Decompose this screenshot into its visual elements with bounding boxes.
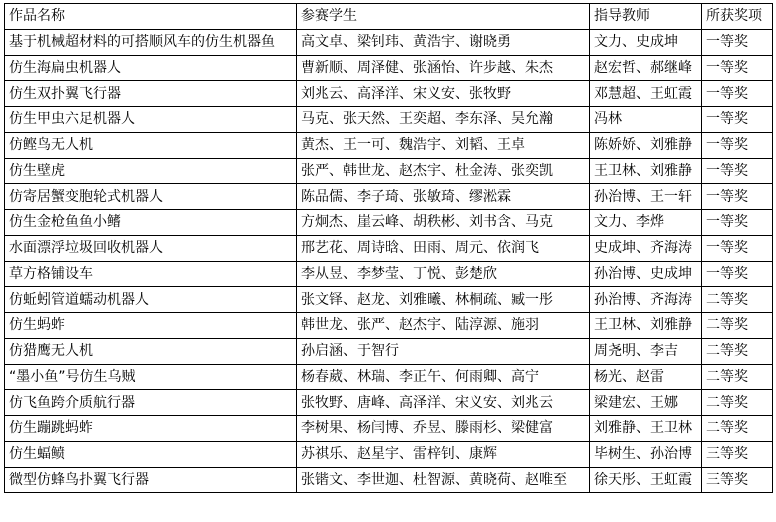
- cell-award: 一等奖: [702, 235, 773, 261]
- cell-work-name: 仿飞鱼跨介质航行器: [5, 390, 297, 416]
- table-row: 仿鲣鸟无人机黄杰、王一可、魏浩宇、刘韬、王卓陈娇娇、刘雅静一等奖: [5, 132, 773, 158]
- cell-students: 张文铎、赵龙、刘雅曦、林桐疏、臧一彤: [297, 287, 590, 313]
- cell-students: 张锴文、李世迦、杜智源、黄晓荷、赵唯至: [297, 467, 590, 493]
- cell-teacher: 孙治博、王一轩: [590, 184, 702, 210]
- cell-teacher: 王卫林、刘雅静: [590, 158, 702, 184]
- table-row: 仿寄居蟹变胞轮式机器人陈品儒、李子琦、张敏琦、缪淞霖孙治博、王一轩一等奖: [5, 184, 773, 210]
- cell-award: 一等奖: [702, 81, 773, 107]
- header-work-name: 作品名称: [5, 4, 297, 30]
- cell-work-name: 仿生蝠鲼: [5, 441, 297, 467]
- cell-students: 邢艺花、周诗晗、田雨、周元、依润飞: [297, 235, 590, 261]
- cell-teacher: 毕树生、孙治博: [590, 441, 702, 467]
- table-row: 仿生蚂蚱韩世龙、张严、赵杰宇、陆淳源、施羽王卫林、刘雅静二等奖: [5, 313, 773, 339]
- cell-teacher: 王卫林、刘雅静: [590, 313, 702, 339]
- cell-work-name: 仿生金枪鱼鱼小鳍: [5, 210, 297, 236]
- table-row: 水面漂浮垃圾回收机器人邢艺花、周诗晗、田雨、周元、依润飞史成坤、齐海涛一等奖: [5, 235, 773, 261]
- cell-teacher: 赵宏哲、郝继峰: [590, 55, 702, 81]
- cell-award: 二等奖: [702, 390, 773, 416]
- cell-students: 陈品儒、李子琦、张敏琦、缪淞霖: [297, 184, 590, 210]
- cell-award: 一等奖: [702, 210, 773, 236]
- cell-award: 一等奖: [702, 184, 773, 210]
- cell-award: 三等奖: [702, 467, 773, 493]
- cell-work-name: 水面漂浮垃圾回收机器人: [5, 235, 297, 261]
- table-row: 草方格铺设车李从昱、李梦莹、丁悦、彭楚欣孙治博、史成坤一等奖: [5, 261, 773, 287]
- cell-award: 二等奖: [702, 338, 773, 364]
- cell-teacher: 杨光、赵雷: [590, 364, 702, 390]
- cell-teacher: 史成坤、齐海涛: [590, 235, 702, 261]
- header-teacher: 指导教师: [590, 4, 702, 30]
- cell-students: 李树果、杨闫博、乔昱、滕雨杉、梁健富: [297, 416, 590, 442]
- table-row: 基于机械超材料的可搭顺风车的仿生机器鱼高文卓、梁钊玮、黄浩宇、谢晓勇文力、史成坤…: [5, 29, 773, 55]
- cell-work-name: 仿猎鹰无人机: [5, 338, 297, 364]
- cell-students: 方炯杰、崖云峰、胡秩彬、刘书含、马克: [297, 210, 590, 236]
- table-row: 仿生甲虫六足机器人马克、张天然、王奕超、李东泽、吴允瀚冯林一等奖: [5, 107, 773, 133]
- cell-students: 苏祺乐、赵星宇、雷梓钊、康辉: [297, 441, 590, 467]
- cell-work-name: 仿寄居蟹变胞轮式机器人: [5, 184, 297, 210]
- cell-work-name: 仿生甲虫六足机器人: [5, 107, 297, 133]
- cell-teacher: 邓慧超、王虹霞: [590, 81, 702, 107]
- table-row: 仿蚯蚓管道蠕动机器人张文铎、赵龙、刘雅曦、林桐疏、臧一彤孙治博、齐海涛二等奖: [5, 287, 773, 313]
- cell-teacher: 文力、李烨: [590, 210, 702, 236]
- cell-award: 一等奖: [702, 55, 773, 81]
- cell-students: 高文卓、梁钊玮、黄浩宇、谢晓勇: [297, 29, 590, 55]
- cell-award: 二等奖: [702, 416, 773, 442]
- cell-teacher: 孙治博、齐海涛: [590, 287, 702, 313]
- table-row: 仿生金枪鱼鱼小鳍方炯杰、崖云峰、胡秩彬、刘书含、马克文力、李烨一等奖: [5, 210, 773, 236]
- cell-award: 一等奖: [702, 132, 773, 158]
- table-row: 仿生蹦跳蚂蚱李树果、杨闫博、乔昱、滕雨杉、梁健富刘雅静、王卫林二等奖: [5, 416, 773, 442]
- cell-award: 二等奖: [702, 364, 773, 390]
- header-award: 所获奖项: [702, 4, 773, 30]
- cell-work-name: 仿鲣鸟无人机: [5, 132, 297, 158]
- cell-teacher: 周尧明、李吉: [590, 338, 702, 364]
- table-row: 仿飞鱼跨介质航行器张牧野、唐峰、高泽洋、宋义安、刘兆云梁建宏、王娜二等奖: [5, 390, 773, 416]
- cell-students: 李从昱、李梦莹、丁悦、彭楚欣: [297, 261, 590, 287]
- cell-students: 曹新顺、周泽健、张涵怡、许步越、朱杰: [297, 55, 590, 81]
- cell-teacher: 冯林: [590, 107, 702, 133]
- table-row: 仿猎鹰无人机孙启涵、于智行周尧明、李吉二等奖: [5, 338, 773, 364]
- cell-award: 一等奖: [702, 107, 773, 133]
- cell-teacher: 孙治博、史成坤: [590, 261, 702, 287]
- cell-award: 一等奖: [702, 158, 773, 184]
- cell-work-name: 仿生双扑翼飞行器: [5, 81, 297, 107]
- table-row: 微型仿蜂鸟扑翼飞行器张锴文、李世迦、杜智源、黄晓荷、赵唯至徐天彤、王虹霞三等奖: [5, 467, 773, 493]
- cell-work-name: “墨小鱼”号仿生乌贼: [5, 364, 297, 390]
- header-students: 参赛学生: [297, 4, 590, 30]
- table-row: 仿生蝠鲼苏祺乐、赵星宇、雷梓钊、康辉毕树生、孙治博三等奖: [5, 441, 773, 467]
- cell-award: 一等奖: [702, 261, 773, 287]
- table-header-row: 作品名称 参赛学生 指导教师 所获奖项: [5, 4, 773, 30]
- cell-teacher: 徐天彤、王虹霞: [590, 467, 702, 493]
- table-row: 仿生海扁虫机器人曹新顺、周泽健、张涵怡、许步越、朱杰赵宏哲、郝继峰一等奖: [5, 55, 773, 81]
- cell-teacher: 文力、史成坤: [590, 29, 702, 55]
- cell-students: 张严、韩世龙、赵杰宇、杜金涛、张奕凯: [297, 158, 590, 184]
- cell-teacher: 梁建宏、王娜: [590, 390, 702, 416]
- cell-award: 三等奖: [702, 441, 773, 467]
- awards-table: 作品名称 参赛学生 指导教师 所获奖项 基于机械超材料的可搭顺风车的仿生机器鱼高…: [4, 3, 773, 493]
- cell-teacher: 陈娇娇、刘雅静: [590, 132, 702, 158]
- cell-work-name: 仿生蹦跳蚂蚱: [5, 416, 297, 442]
- cell-teacher: 刘雅静、王卫林: [590, 416, 702, 442]
- table-row: 仿生双扑翼飞行器刘兆云、高泽洋、宋义安、张牧野邓慧超、王虹霞一等奖: [5, 81, 773, 107]
- cell-work-name: 仿生蚂蚱: [5, 313, 297, 339]
- cell-work-name: 仿生海扁虫机器人: [5, 55, 297, 81]
- cell-students: 张牧野、唐峰、高泽洋、宋义安、刘兆云: [297, 390, 590, 416]
- cell-work-name: 草方格铺设车: [5, 261, 297, 287]
- cell-students: 黄杰、王一可、魏浩宇、刘韬、王卓: [297, 132, 590, 158]
- cell-students: 刘兆云、高泽洋、宋义安、张牧野: [297, 81, 590, 107]
- cell-work-name: 微型仿蜂鸟扑翼飞行器: [5, 467, 297, 493]
- table-row: 仿生壁虎张严、韩世龙、赵杰宇、杜金涛、张奕凯王卫林、刘雅静一等奖: [5, 158, 773, 184]
- cell-award: 二等奖: [702, 313, 773, 339]
- cell-award: 一等奖: [702, 29, 773, 55]
- cell-award: 二等奖: [702, 287, 773, 313]
- cell-students: 马克、张天然、王奕超、李东泽、吴允瀚: [297, 107, 590, 133]
- cell-work-name: 仿蚯蚓管道蠕动机器人: [5, 287, 297, 313]
- cell-work-name: 基于机械超材料的可搭顺风车的仿生机器鱼: [5, 29, 297, 55]
- table-row: “墨小鱼”号仿生乌贼杨春葳、林瑞、李正午、何雨卿、高宁杨光、赵雷二等奖: [5, 364, 773, 390]
- cell-students: 韩世龙、张严、赵杰宇、陆淳源、施羽: [297, 313, 590, 339]
- cell-students: 杨春葳、林瑞、李正午、何雨卿、高宁: [297, 364, 590, 390]
- cell-students: 孙启涵、于智行: [297, 338, 590, 364]
- cell-work-name: 仿生壁虎: [5, 158, 297, 184]
